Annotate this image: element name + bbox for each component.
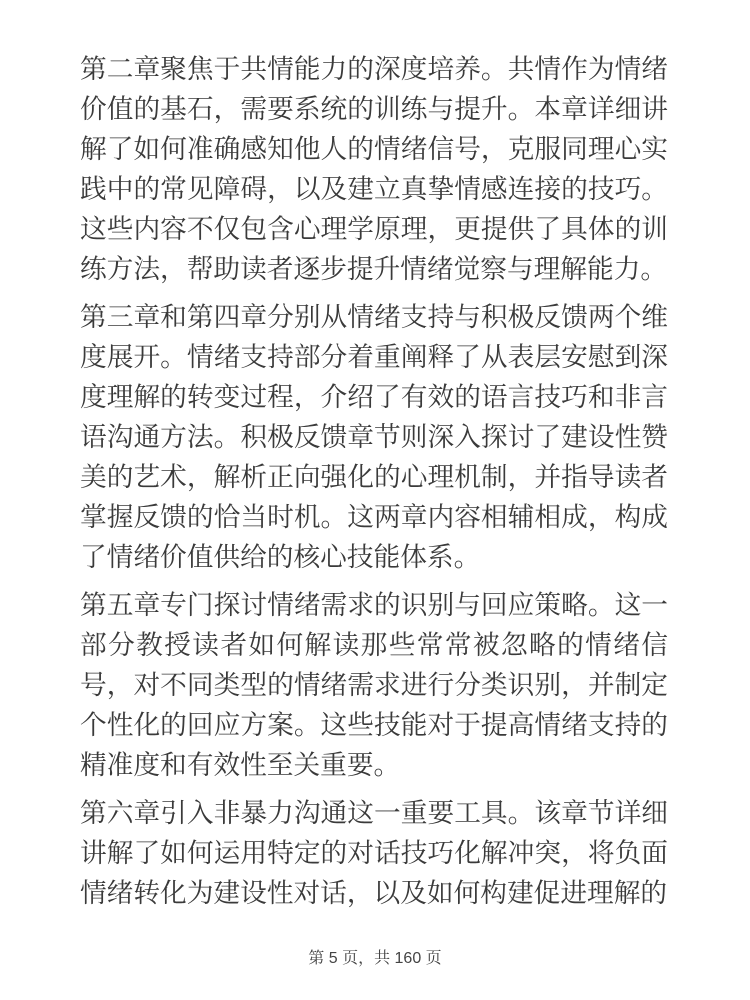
document-page: 第二章聚焦于共情能力的深度培养。共情作为情绪价值的基石，需要系统的训练与提升。本… bbox=[0, 0, 750, 1000]
document-content: 第二章聚焦于共情能力的深度培养。共情作为情绪价值的基石，需要系统的训练与提升。本… bbox=[80, 49, 668, 921]
paragraph: 第三章和第四章分别从情绪支持与积极反馈两个维度展开。情绪支持部分着重阐释了从表层… bbox=[80, 297, 668, 577]
page-number-footer: 第 5 页，共 160 页 bbox=[0, 949, 750, 969]
paragraph: 第五章专门探讨情绪需求的识别与回应策略。这一部分教授读者如何解读那些常常被忽略的… bbox=[80, 585, 668, 785]
paragraph: 第六章引入非暴力沟通这一重要工具。该章节详细讲解了如何运用特定的对话技巧化解冲突… bbox=[80, 793, 668, 913]
paragraph: 第二章聚焦于共情能力的深度培养。共情作为情绪价值的基石，需要系统的训练与提升。本… bbox=[80, 49, 668, 289]
